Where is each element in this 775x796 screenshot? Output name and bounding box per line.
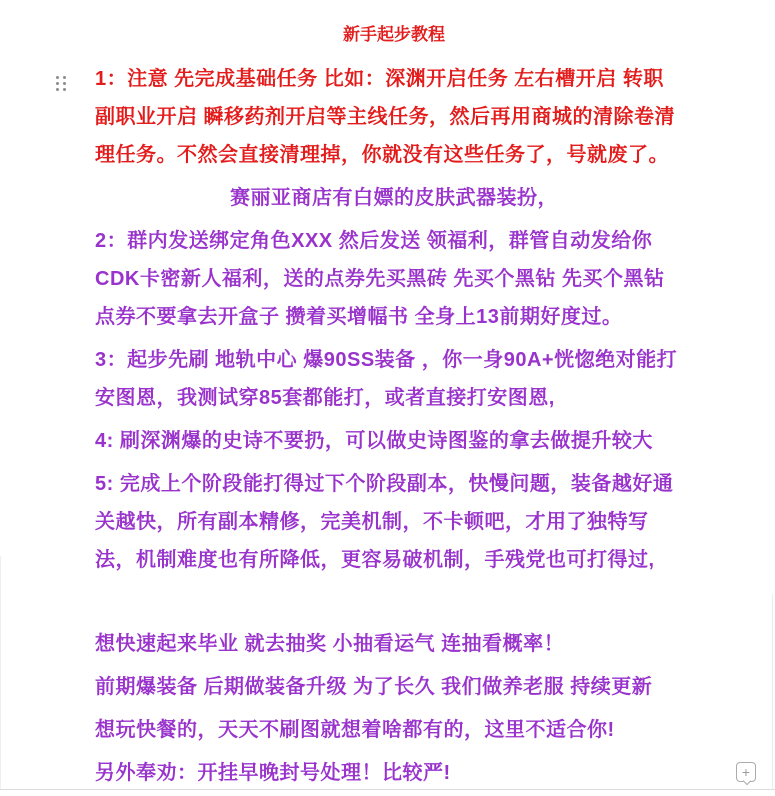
text-line: 安图恩，我测试穿85套都能打，或者直接打安图恩,	[95, 379, 693, 417]
text-line: 3：起步先刷 地轨中心 爆90SS装备 ，你一身90A+恍惚绝对能打	[95, 341, 693, 379]
paragraph-lottery: 想快速起来毕业 就去抽奖 小抽看运气 连抽看概率！	[95, 625, 693, 663]
text-line: 法，机制难度也有所降低，更容易破机制，手残党也可打得过,	[95, 541, 693, 579]
add-comment-button[interactable]: +	[736, 762, 756, 782]
paragraph-3: 3：起步先刷 地轨中心 爆90SS装备 ，你一身90A+恍惚绝对能打 安图恩，我…	[95, 341, 693, 417]
empty-paragraph	[95, 584, 693, 620]
text-line: 想快速起来毕业 就去抽奖 小抽看运气 连抽看概率！	[95, 625, 693, 663]
text-line: 1：注意 先完成基础任务 比如：深渊开启任务 左右槽开启 转职	[95, 60, 693, 98]
paragraph-2: 2：群内发送绑定角色XXX 然后发送 领福利，群管自动发给你 CDK卡密新人福利…	[95, 222, 693, 336]
text-line: 5: 完成上个阶段能打得过下个阶段副本，快慢问题，装备越好通	[95, 465, 693, 503]
left-edge-line	[0, 556, 1, 789]
paragraph-shop-note: 赛丽亚商店有白嫖的皮肤武器装扮，	[95, 179, 693, 217]
text-line: 副职业开启 瞬移药剂开启等主线任务，然后再用商城的清除卷清	[95, 98, 693, 136]
bottom-divider-line	[0, 789, 775, 790]
document-page: 新手起步教程 1：注意 先完成基础任务 比如：深渊开启任务 左右槽开启 转职 副…	[0, 0, 775, 792]
page-title: 新手起步教程	[95, 24, 693, 46]
text-line: 赛丽亚商店有白嫖的皮肤武器装扮，	[95, 179, 693, 217]
text-line: 想玩快餐的，天天不刷图就想着啥都有的，这里不适合你!	[95, 711, 693, 749]
paragraph-warning-cheat: 另外奉劝：开挂早晚封号处理！比较严!	[95, 754, 693, 792]
text-line: 前期爆装备 后期做装备升级 为了长久 我们做养老服 持续更新	[95, 668, 693, 706]
text-line: CDK卡密新人福利，送的点券先买黑砖 先买个黑钻 先买个黑钻	[95, 260, 693, 298]
paragraph-4: 4: 刷深渊爆的史诗不要扔，可以做史诗图鉴的拿去做提升较大	[95, 422, 693, 460]
paragraph-warning-casual: 想玩快餐的，天天不刷图就想着啥都有的，这里不适合你!	[95, 711, 693, 749]
drag-handle-icon[interactable]	[54, 74, 68, 93]
text-line: 2：群内发送绑定角色XXX 然后发送 领福利，群管自动发给你	[95, 222, 693, 260]
text-line: 关越快，所有副本精修，完美机制，不卡顿吧，才用了独特写	[95, 503, 693, 541]
text-line: 点券不要拿去开盒子 攒着买增幅书 全身上13前期好度过。	[95, 298, 693, 336]
text-line: 理任务。不然会直接清理掉，你就没有这些任务了，号就废了。	[95, 136, 693, 174]
paragraph-5: 5: 完成上个阶段能打得过下个阶段副本，快慢问题，装备越好通 关越快，所有副本精…	[95, 465, 693, 579]
text-line: 4: 刷深渊爆的史诗不要扔，可以做史诗图鉴的拿去做提升较大	[95, 422, 693, 460]
paragraph-1: 1：注意 先完成基础任务 比如：深渊开启任务 左右槽开启 转职 副职业开启 瞬移…	[95, 60, 693, 174]
text-line: 另外奉劝：开挂早晚封号处理！比较严!	[95, 754, 693, 792]
plus-icon: +	[742, 764, 750, 780]
paragraph-longterm: 前期爆装备 后期做装备升级 为了长久 我们做养老服 持续更新	[95, 668, 693, 706]
right-edge-line	[772, 594, 773, 789]
